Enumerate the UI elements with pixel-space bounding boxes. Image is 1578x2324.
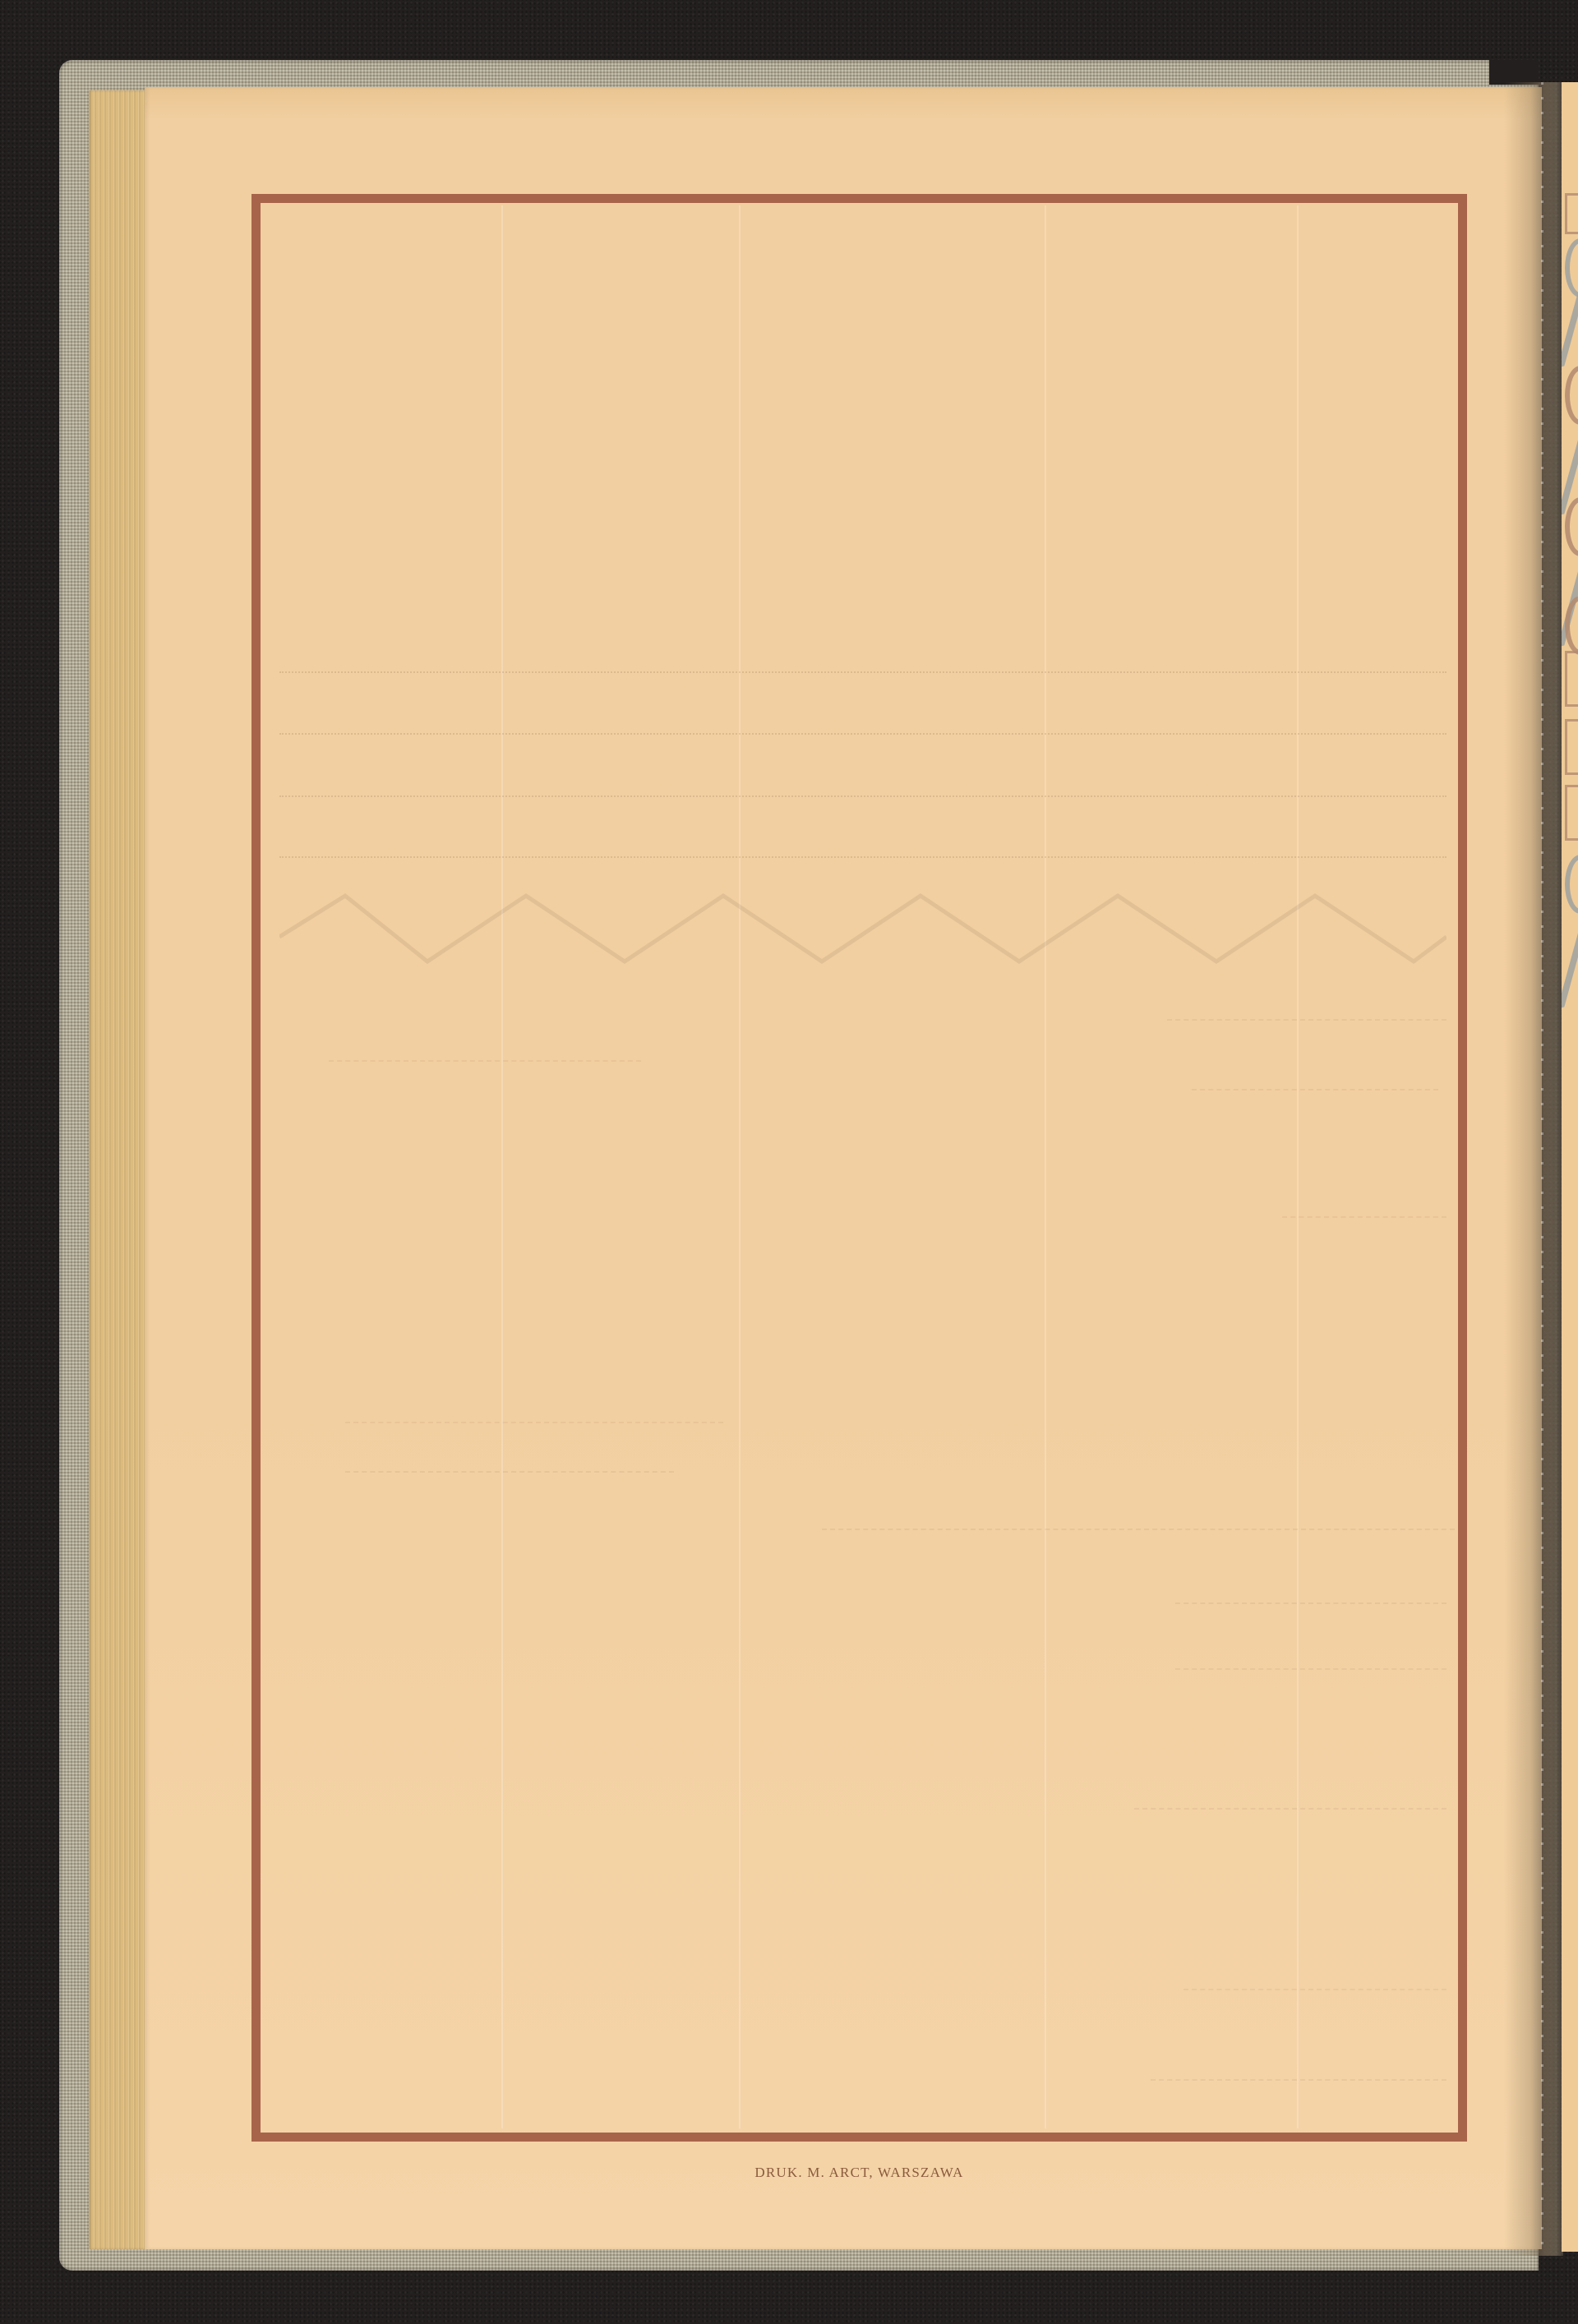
ornament-letter-fragment xyxy=(1565,193,1578,234)
decorative-frame-border xyxy=(251,194,1467,2142)
ornament-letter-fragment xyxy=(1565,596,1578,655)
cover-corner-gap xyxy=(1489,60,1539,85)
ornament-letter-fragment xyxy=(1565,238,1578,297)
page-edges-stack xyxy=(89,90,146,2249)
ornament-letter-box xyxy=(1565,651,1578,707)
ornament-letter-fragment xyxy=(1565,497,1578,556)
gutter-highlight xyxy=(1541,82,1543,2256)
ornament-letter-fragment xyxy=(1565,855,1578,914)
ornament-letter-box xyxy=(1565,719,1578,775)
ornament-letter-fragment xyxy=(1565,366,1578,425)
facing-page xyxy=(1562,82,1578,2252)
ornament-letter-fragment xyxy=(1562,914,1578,1008)
ornament-letter-box xyxy=(1565,785,1578,841)
gutter-shadow xyxy=(1504,82,1563,2256)
printer-imprint: DRUK. M. ARCT, WARSZAWA xyxy=(251,2165,1467,2181)
